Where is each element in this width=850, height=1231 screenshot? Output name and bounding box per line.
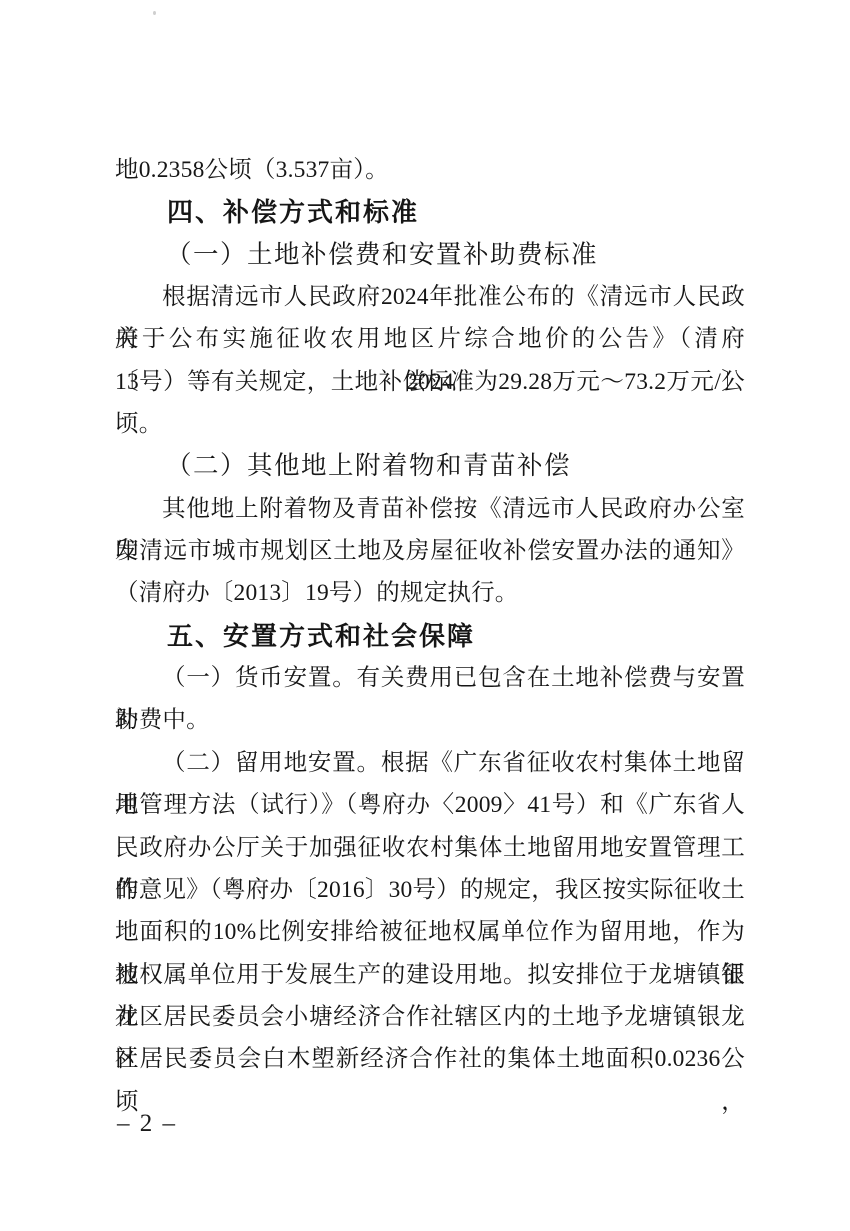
text-line: 地权属单位用于发展生产的建设用地。拟安排位于龙塘镇银龙 [115,954,745,996]
text-line: （一）土地补偿费和安置补助费标准 [115,234,745,276]
page-number: – 2 – [117,1110,177,1138]
section-heading: 五、安置方式和社会保障 [115,615,745,657]
document-page: 地0.2358公顷（3.537亩）。四、补偿方式和标准（一）土地补偿费和安置补助… [0,0,850,1231]
text-line: 地管理方法（试行）》（粤府办〈2009〉41号）和《广东省人 [115,784,745,826]
scan-artifact-dot [153,11,156,15]
text-line: 区居民委员会白木塱新经济合作社的集体土地面积0.0236公顷， [115,1038,745,1080]
text-line: （一）货币安置。有关费用已包含在土地补偿费与安置补 [115,657,745,699]
text-line: 社区居民委员会小塘经济合作社辖区内的土地予龙塘镇银龙社 [115,996,745,1038]
text-line: 地0.2358公顷（3.537亩）。 [115,149,745,191]
section-heading: 四、补偿方式和标准 [115,191,745,233]
text-line: 13号）等有关规定，土地补偿标准为29.28万元～73.2万元/公 [115,361,745,403]
text-line: （二）留用地安置。根据《广东省征收农村集体土地留用 [115,742,745,784]
text-line: 发清远市城市规划区土地及房屋征收补偿安置办法的通知》 [115,530,745,572]
text-line: 助费中。 [115,699,745,741]
text-line: 根据清远市人民政府2024年批准公布的《清远市人民政府 [115,276,745,318]
text-line: （二）其他地上附着物和青苗补偿 [115,445,745,487]
text-line: 民政府办公厅关于加强征收农村集体土地留用地安置管理工作 [115,827,745,869]
text-line: （清府办〔2013〕19号）的规定执行。 [115,572,745,614]
document-body: 地0.2358公顷（3.537亩）。四、补偿方式和标准（一）土地补偿费和安置补助… [115,149,745,1081]
text-line: 地面积的10%比例安排给被征地权属单位作为留用地，作为被征 [115,911,745,953]
text-line: 的意见》（粤府办〔2016〕30号）的规定，我区按实际征收土 [115,869,745,911]
text-line: 顷。 [115,403,745,445]
text-line: 其他地上附着物及青苗补偿按《清远市人民政府办公室印 [115,488,745,530]
text-line: 关于公布实施征收农用地区片综合地价的公告》（清府〔2024〕 [115,318,745,360]
